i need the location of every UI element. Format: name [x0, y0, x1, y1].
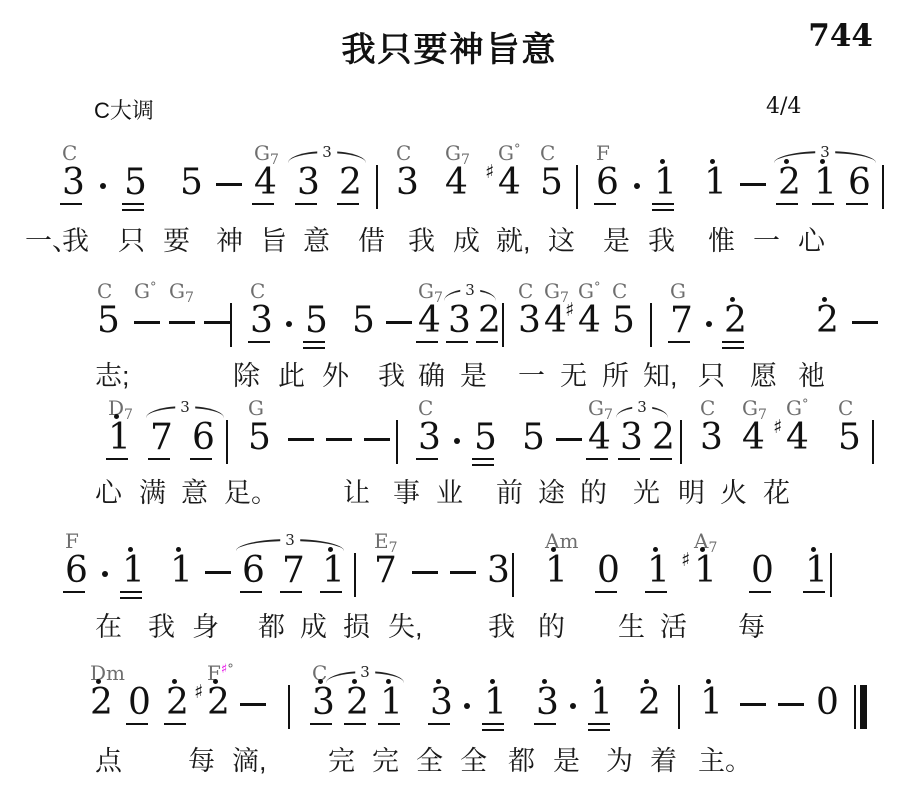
chord-label: C [418, 398, 433, 418]
barline-glyph [830, 553, 832, 597]
lyric-syllable: 我 [378, 361, 405, 391]
note-digit: 3 [250, 303, 273, 339]
underline [378, 723, 400, 725]
underline [645, 591, 667, 593]
tuplet-number: 3 [355, 663, 375, 681]
lyric-syllable: 只 [118, 226, 145, 256]
lyric-syllable: 花 [763, 478, 790, 508]
note-digit: 2 [816, 303, 839, 339]
tuplet-number: 3 [175, 398, 195, 416]
barline-glyph [576, 165, 578, 209]
underline [252, 203, 274, 205]
lyric-syllable: 是 [460, 361, 487, 391]
underline [122, 203, 144, 205]
music-line: 3Dm202F♯°♯2C3213131210 [0, 665, 899, 741]
dot-glyph [570, 703, 576, 709]
dash-glyph [852, 321, 878, 324]
underline [652, 209, 674, 211]
underline [126, 723, 148, 725]
lyric-syllable: 我 [648, 226, 675, 256]
lyric-syllable: 除 [233, 361, 260, 391]
dash-glyph [450, 571, 476, 574]
underline [120, 591, 142, 593]
barline-glyph [882, 165, 884, 209]
lyric-syllable: 一 [518, 361, 545, 391]
note-digit: 5 [612, 303, 635, 339]
underline [652, 203, 674, 205]
dash-glyph [216, 183, 242, 186]
dash-glyph [204, 321, 230, 324]
lyric-line: 志;除此外我确是一无所知,只愿祂 [0, 361, 899, 395]
note-digit: 2 [166, 685, 189, 721]
underline [416, 458, 438, 460]
note-digit: 6 [65, 553, 88, 589]
underline [428, 723, 450, 725]
lyric-syllable: 成 [453, 226, 480, 256]
note-digit: 6 [596, 165, 619, 201]
note-digit: 3 [312, 685, 335, 721]
underline [248, 341, 270, 343]
note-digit: 3 [536, 685, 559, 721]
note-digit: 5 [124, 165, 147, 201]
note-digit: 1 [545, 553, 568, 589]
note-digit: 3 [297, 165, 320, 201]
chord-label: C [540, 143, 555, 163]
note-digit: 1 [108, 420, 131, 456]
note-digit: 7 [282, 553, 305, 589]
chord-label: G7 [169, 281, 194, 304]
underline [722, 341, 744, 343]
underline [303, 347, 325, 349]
underline [618, 458, 640, 460]
barline-glyph [396, 420, 398, 464]
note-digit: 2 [638, 685, 661, 721]
note-digit: 1 [814, 165, 837, 201]
chord-label: C [518, 281, 533, 301]
lyric-syllable: 的 [580, 478, 607, 508]
underline [472, 458, 494, 460]
music-line: 33C355G7432C3G74G°♯4C5F611216 [0, 145, 899, 221]
note-digit: 2 [778, 165, 801, 201]
lyric-syllable: 我 [408, 226, 435, 256]
lyric-syllable: 全 [416, 746, 443, 776]
dot-glyph [286, 321, 292, 327]
dash-glyph [205, 571, 231, 574]
note-digit: 4 [786, 420, 809, 456]
lyric-syllable: 惟 [708, 226, 735, 256]
chord-label: G [670, 281, 686, 301]
note-digit: 5 [540, 165, 563, 201]
lyric-syllable: 借 [358, 226, 385, 256]
note-digit: 2 [346, 685, 369, 721]
barline-glyph [354, 553, 356, 597]
note-digit: 6 [242, 553, 265, 589]
tuplet-number: 3 [280, 531, 300, 549]
lyric-syllable: 光 [633, 478, 660, 508]
lyric-syllable: 只 [698, 361, 725, 391]
sharp-icon: ♯ [565, 299, 574, 321]
note-digit: 3 [487, 553, 510, 589]
chord-diminished-mark: ° [802, 397, 809, 412]
underline [803, 591, 825, 593]
note-digit: 3 [396, 165, 419, 201]
final-bar-thin [854, 685, 856, 729]
lyric-syllable: 成 [300, 612, 327, 642]
note-digit: 2 [207, 685, 230, 721]
lyric-syllable: 主。 [698, 746, 752, 776]
chord-label: G° [134, 281, 156, 305]
dash-glyph [240, 703, 266, 706]
lyric-syllable: 此 [278, 361, 305, 391]
dash-glyph [169, 321, 195, 324]
lyric-syllable: 在 [95, 612, 122, 642]
sharp-icon: ♯ [773, 416, 782, 438]
lyric-syllable: 全 [460, 746, 487, 776]
lyric-line: 心满意足。让事业前途的光明火花 [0, 478, 899, 512]
lyric-syllable: 火 [720, 478, 747, 508]
note-digit: 6 [192, 420, 215, 456]
note-digit: 5 [180, 165, 203, 201]
lyric-syllable: 明 [678, 478, 705, 508]
dot-glyph [706, 321, 712, 327]
note-digit: 3 [448, 303, 471, 339]
lyric-syllable: 这 [548, 226, 575, 256]
underline [190, 458, 212, 460]
note-digit: 1 [170, 553, 193, 589]
note-digit: 3 [518, 303, 541, 339]
barline-glyph [680, 420, 682, 464]
note-digit: 1 [484, 685, 507, 721]
note-digit: 1 [694, 553, 717, 589]
lyric-syllable: 点 [95, 746, 122, 776]
note-digit: 2 [339, 165, 362, 201]
chord-seventh-mark: 7 [185, 290, 194, 306]
chord-label: C [612, 281, 627, 301]
tuplet-number: 3 [460, 281, 480, 299]
lyric-syllable: 祂 [798, 361, 825, 391]
lyric-syllable: 外 [322, 361, 349, 391]
barline-glyph [230, 303, 232, 347]
note-digit: 4 [445, 165, 468, 201]
sharp-icon: ♯ [194, 681, 203, 703]
note-digit: 7 [374, 553, 397, 589]
dash-glyph [740, 183, 766, 186]
lyric-line: 在我身都成损失,我的生活每 [0, 612, 899, 646]
lyric-syllable: 心 [798, 226, 825, 256]
underline [344, 723, 366, 725]
note-digit: 1 [322, 553, 345, 589]
music-line: 33D7176G5C355G7432C3G74G°♯4C5 [0, 400, 899, 476]
chord-label: C [396, 143, 411, 163]
note-digit: 7 [670, 303, 693, 339]
note-digit: 1 [647, 553, 670, 589]
note-digit: 5 [352, 303, 375, 339]
lyric-syllable: 一 [753, 226, 780, 256]
dash-glyph [778, 703, 804, 706]
chord-diminished-mark: ° [514, 142, 521, 157]
lyric-syllable: 确 [418, 361, 445, 391]
sharp-icon: ♯ [681, 549, 690, 571]
lyric-syllable: 是 [603, 226, 630, 256]
note-digit: 7 [150, 420, 173, 456]
dash-glyph [364, 438, 390, 441]
dot-glyph [454, 438, 460, 444]
dot-glyph [464, 703, 470, 709]
note-digit: 2 [90, 685, 113, 721]
lyric-syllable: 都 [258, 612, 285, 642]
note-digit: 5 [522, 420, 545, 456]
note-digit: 3 [620, 420, 643, 456]
lyric-syllable: 让 [343, 478, 370, 508]
chord-label: F [65, 531, 79, 551]
lyric-syllable: 意 [181, 478, 208, 508]
lyric-syllable: 完 [372, 746, 399, 776]
note-digit: 4 [578, 303, 601, 339]
note-digit: 4 [544, 303, 567, 339]
note-digit: 4 [498, 165, 521, 201]
underline [482, 723, 504, 725]
underline [476, 341, 498, 343]
note-digit: 1 [704, 165, 727, 201]
note-digit: 3 [430, 685, 453, 721]
lyric-syllable: 就, [496, 226, 531, 256]
dash-glyph [326, 438, 352, 441]
chord-label: C [250, 281, 265, 301]
lyric-syllable: 心 [95, 478, 122, 508]
underline [337, 203, 359, 205]
note-digit: 0 [816, 685, 839, 721]
lyric-syllable: 意 [303, 226, 330, 256]
lyric-syllable: 旨 [260, 226, 287, 256]
chord-label: C [700, 398, 715, 418]
barline-glyph [678, 685, 680, 729]
underline [122, 209, 144, 211]
lyric-syllable: 途 [538, 478, 565, 508]
lyric-syllable: 前 [496, 478, 523, 508]
note-digit: 0 [751, 553, 774, 589]
chord-diminished-mark: ° [594, 280, 601, 295]
barline-glyph [650, 303, 652, 347]
hymn-number: 744 [808, 18, 873, 54]
lyric-syllable: 满 [139, 478, 166, 508]
note-digit: 4 [418, 303, 441, 339]
chord-diminished-mark: ° [150, 280, 157, 295]
chord-label: C [62, 143, 77, 163]
music-line: 3F611671E773Am101A7♯101 [0, 533, 899, 609]
note-digit: 1 [380, 685, 403, 721]
barline-glyph [872, 420, 874, 464]
note-digit: 0 [128, 685, 151, 721]
underline [106, 458, 128, 460]
time-signature: 4/4 [766, 94, 801, 119]
tuplet-number: 3 [632, 398, 652, 416]
lyric-syllable: 着 [650, 746, 677, 776]
underline [164, 723, 186, 725]
lyric-syllable: 无 [560, 361, 587, 391]
note-digit: 1 [805, 553, 828, 589]
note-digit: 0 [597, 553, 620, 589]
note-digit: 5 [474, 420, 497, 456]
note-digit: 3 [418, 420, 441, 456]
note-digit: 2 [724, 303, 747, 339]
chord-label: G [248, 398, 264, 418]
chord-diminished-mark: ° [227, 662, 234, 677]
note-digit: 3 [62, 165, 85, 201]
underline [295, 203, 317, 205]
lyric-syllable: 是 [553, 746, 580, 776]
lyric-syllable: 活 [660, 612, 687, 642]
underline [280, 591, 302, 593]
dash-glyph [386, 321, 412, 324]
underline [588, 723, 610, 725]
lyric-syllable: 的 [538, 612, 565, 642]
note-digit: 6 [848, 165, 871, 201]
barline-glyph [376, 165, 378, 209]
underline [120, 597, 142, 599]
underline [240, 591, 262, 593]
underline [749, 591, 771, 593]
dash-glyph [134, 321, 160, 324]
barline-glyph [226, 420, 228, 464]
note-digit: 1 [654, 165, 677, 201]
lyric-line: 一、我只要神旨意借我成就,这是我惟一心 [0, 226, 899, 260]
lyric-syllable: 完 [328, 746, 355, 776]
note-digit: 4 [742, 420, 765, 456]
lyric-syllable: 身 [192, 612, 219, 642]
underline [472, 464, 494, 466]
tuplet-number: 3 [815, 143, 835, 161]
lyric-syllable: 足。 [224, 478, 278, 508]
barline-glyph [502, 303, 504, 347]
sharp-icon: ♯ [485, 161, 494, 183]
lyric-syllable: 愿 [750, 361, 777, 391]
lyric-syllable: 都 [508, 746, 535, 776]
note-digit: 2 [652, 420, 675, 456]
underline [482, 729, 504, 731]
lyric-syllable: 我 [148, 612, 175, 642]
hymn-sheet-page: 我只要神旨意 744 C大调 4/4 33C355G7432C3G74G°♯4C… [0, 0, 899, 807]
chord-label: Am [545, 531, 578, 551]
underline [63, 591, 85, 593]
dash-glyph [412, 571, 438, 574]
lyric-syllable: 生 [618, 612, 645, 642]
lyric-syllable: 每 [188, 746, 215, 776]
note-digit: 1 [590, 685, 613, 721]
lyric-syllable: 知, [643, 361, 678, 391]
underline [846, 203, 868, 205]
underline [534, 723, 556, 725]
lyric-syllable: 我 [488, 612, 515, 642]
underline [60, 203, 82, 205]
music-line: 3C5G°G7C355G7432C3G74G°♯4C5G722 [0, 283, 899, 359]
lyric-syllable: 滴, [232, 746, 267, 776]
note-digit: 5 [305, 303, 328, 339]
underline [668, 341, 690, 343]
underline [595, 591, 617, 593]
key-signature: C大调 [94, 94, 154, 125]
dash-glyph [288, 438, 314, 441]
dot-glyph [102, 571, 108, 577]
underline [776, 203, 798, 205]
underline [303, 341, 325, 343]
lyric-syllable: 业 [436, 478, 463, 508]
note-digit: 5 [97, 303, 120, 339]
lyric-syllable: 失, [388, 612, 423, 642]
barline-glyph [512, 553, 514, 597]
dash-glyph [556, 438, 582, 441]
lyric-syllable: 要 [163, 226, 190, 256]
barline-glyph [288, 685, 290, 729]
lyric-syllable: 我 [62, 226, 89, 256]
chord-label: F [596, 143, 610, 163]
lyric-syllable: 事 [393, 478, 420, 508]
chord-label: C [838, 398, 853, 418]
note-digit: 2 [478, 303, 501, 339]
note-digit: 3 [700, 420, 723, 456]
note-digit: 5 [838, 420, 861, 456]
lyric-syllable: 志; [95, 361, 130, 391]
underline [812, 203, 834, 205]
final-bar-thick [860, 685, 867, 729]
note-digit: 5 [248, 420, 271, 456]
page-title: 我只要神旨意 [0, 22, 899, 71]
underline [722, 347, 744, 349]
lyric-line: 点每滴,完完全全都是为着主。 [0, 746, 899, 780]
note-digit: 4 [588, 420, 611, 456]
underline [416, 341, 438, 343]
lyric-syllable: 为 [606, 746, 633, 776]
note-digit: 1 [700, 685, 723, 721]
chord-label: C [97, 281, 112, 301]
note-digit: 4 [254, 165, 277, 201]
lyric-syllable: 神 [216, 226, 243, 256]
underline [588, 729, 610, 731]
lyric-syllable: 损 [343, 612, 370, 642]
underline [320, 591, 342, 593]
note-digit: 1 [122, 553, 145, 589]
dot-glyph [100, 183, 106, 189]
underline [148, 458, 170, 460]
lyric-syllable: 每 [738, 612, 765, 642]
dash-glyph [740, 703, 766, 706]
underline [586, 458, 608, 460]
underline [594, 203, 616, 205]
lyric-syllable: 所 [602, 361, 629, 391]
underline [650, 458, 672, 460]
dot-glyph [634, 183, 640, 189]
underline [446, 341, 468, 343]
tuplet-number: 3 [317, 143, 337, 161]
underline [310, 723, 332, 725]
